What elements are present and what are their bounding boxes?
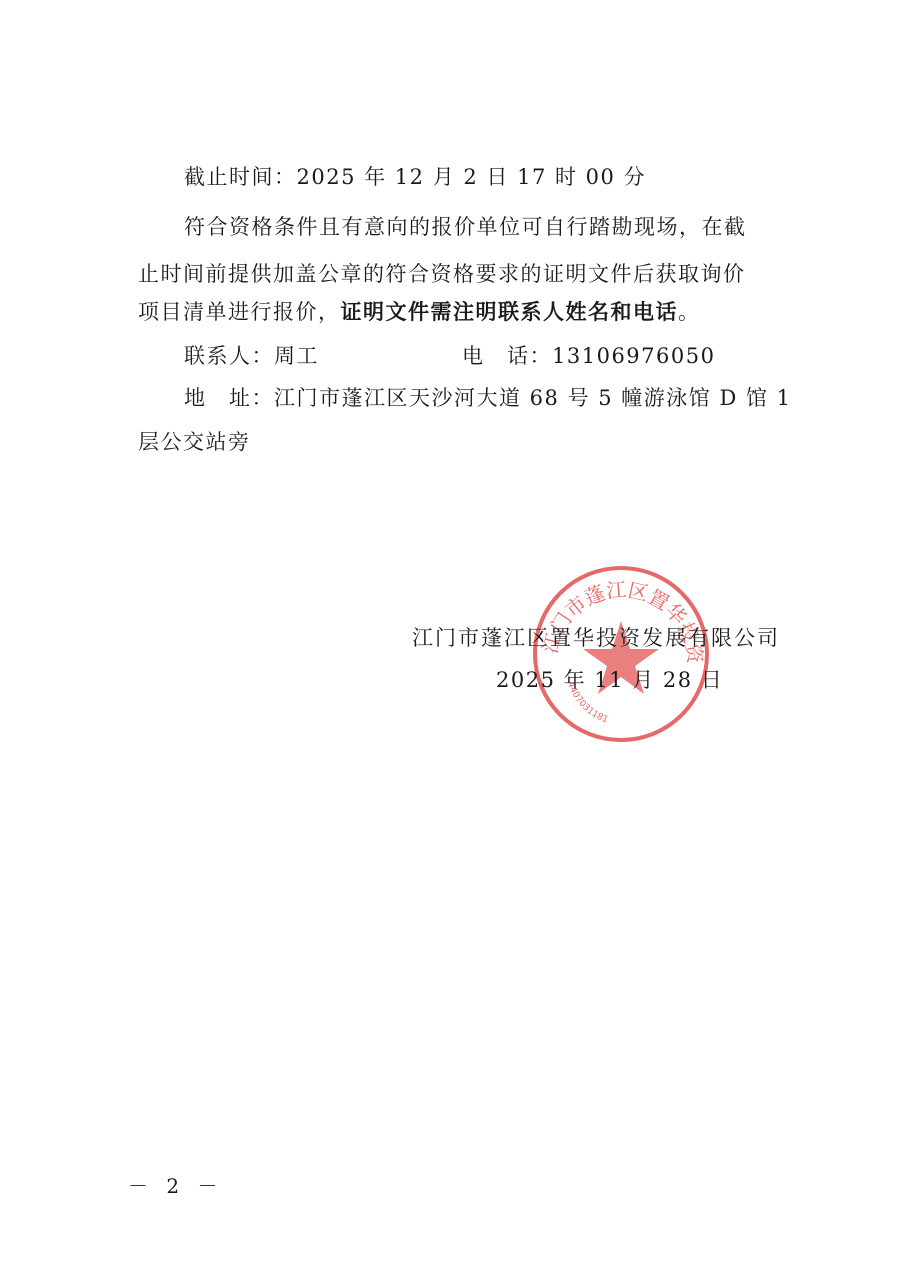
paragraph-plain-text: 项目清单进行报价， xyxy=(138,300,341,324)
address-line-2: 层公交站旁 xyxy=(138,428,251,456)
paragraph-line-2: 止时间前提供加盖公章的符合资格要求的证明文件后获取询价 xyxy=(138,260,746,288)
address-line-1: 地 址：江门市蓬江区天沙河大道 68 号 5 幢游泳馆 D 馆 1 xyxy=(184,384,792,412)
paragraph-line-1: 符合资格条件且有意向的报价单位可自行踏勘现场，在截 xyxy=(184,213,747,241)
phone-label: 电 话： xyxy=(462,344,552,368)
deadline-line: 截止时间：2025 年 12 月 2 日 17 时 00 分 xyxy=(184,163,646,191)
company-seal-icon: 江门市蓬江区置华投资发展有限公司 4407031181524 xyxy=(528,563,714,745)
signature-company: 江门市蓬江区置华投资发展有限公司 xyxy=(412,624,780,652)
paragraph-end-punct: 。 xyxy=(678,300,701,324)
contact-person: 联系人：周工 xyxy=(184,342,319,370)
contact-phone: 电 话：13106976050 xyxy=(462,342,715,370)
signature-date: 2025 年 11 月 28 日 xyxy=(496,666,723,694)
phone-number: 13106976050 xyxy=(552,344,715,368)
paragraph-line-3: 项目清单进行报价，证明文件需注明联系人姓名和电话。 xyxy=(138,298,701,326)
paragraph-bold-notice: 证明文件需注明联系人姓名和电话 xyxy=(341,300,679,324)
page-number: － 2 － xyxy=(128,1170,223,1199)
